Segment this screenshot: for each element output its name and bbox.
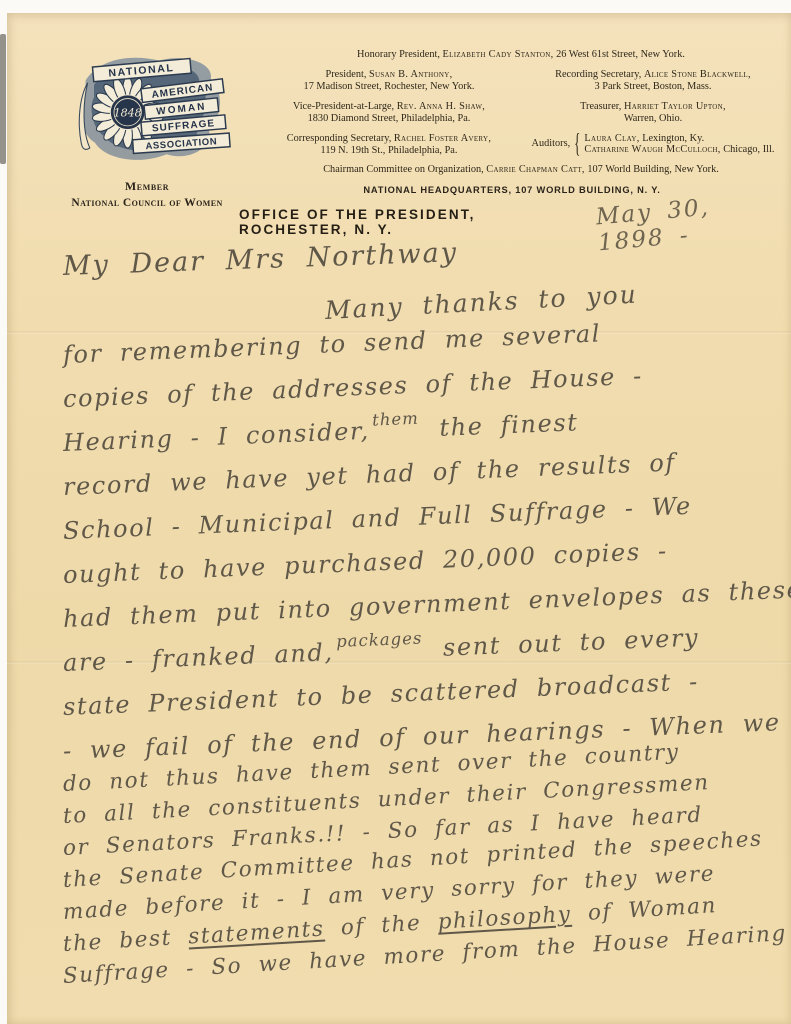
auditors-names: Laura Clay, Lexington, Ky. Catharine Wau…: [584, 133, 774, 156]
officer-name: Susan B. Anthony,: [369, 69, 452, 80]
officer-address: Warren, Ohio.: [624, 113, 682, 124]
officer-name: Harriet Taylor Upton,: [624, 101, 726, 112]
chairman-address: 107 World Building, New York.: [587, 164, 718, 175]
line-text: are - franked and,: [62, 638, 334, 677]
honorary-role: Honorary President,: [357, 49, 440, 60]
honorary-address: 26 West 61st Street, New York.: [556, 49, 685, 60]
officer-address: 1830 Diamond Street, Philadelphia, Pa.: [308, 113, 471, 124]
member-org: National Council of Women: [37, 197, 257, 209]
line-text: the finest: [422, 408, 579, 442]
logo-year: 1848: [114, 106, 142, 119]
chairman-role: Chairman Committee on Organization,: [323, 164, 484, 175]
officer-role: Auditors,: [532, 138, 571, 151]
officer-auditors: Auditors, { Laura Clay, Lexington, Ky. C…: [521, 133, 785, 156]
line-text: sent out to every: [425, 623, 699, 662]
scanned-letter: 1848 NATIONAL AMERICAN: [0, 0, 791, 1024]
inserted-word: packages: [336, 629, 423, 651]
line-text: the best: [62, 925, 189, 957]
officer-address: 119 N. 19th St., Philadelphia, Pa.: [321, 145, 458, 156]
auditor-name: Laura Clay,: [584, 133, 639, 144]
nawsa-logo-svg: 1848 NATIONAL AMERICAN: [75, 47, 235, 169]
auditor-location: Lexington, Ky.: [642, 133, 704, 144]
officer-recording-secretary: Recording Secretary, Alice Stone Blackwe…: [521, 69, 785, 94]
officers-block: Honorary President, Elizabeth Cady Stant…: [257, 49, 785, 176]
officer-vice-president: Vice-President-at-Large, Rev. Anna H. Sh…: [257, 101, 521, 126]
office-of-president-label: OFFICE OF THE PRESIDENT, ROCHESTER, N. Y…: [239, 207, 587, 237]
line-text: Hearing - I consider,: [62, 417, 370, 457]
officer-role: Corresponding Secretary,: [287, 133, 392, 144]
officer-treasurer: Treasurer, Harriet Taylor Upton, Warren,…: [521, 101, 785, 126]
officers-columns: President, Susan B. Anthony, 17 Madison …: [257, 69, 785, 158]
chairman-name: Carrie Chapman Catt,: [486, 164, 585, 175]
officer-name: Rachel Foster Avery,: [394, 133, 491, 144]
handwritten-body: My Dear Mrs Northway Many thanks to you …: [63, 251, 765, 989]
line-text: of the: [324, 910, 439, 942]
honorary-president-line: Honorary President, Elizabeth Cady Stant…: [257, 49, 785, 62]
officer-address: 3 Park Street, Boston, Mass.: [595, 81, 712, 92]
officer-name: Alice Stone Blackwell,: [644, 69, 751, 80]
officer-role: President,: [326, 69, 367, 80]
officer-name: Rev. Anna H. Shaw,: [397, 101, 485, 112]
member-block: Member National Council of Women: [37, 179, 257, 209]
nawsa-logo: 1848 NATIONAL AMERICAN: [75, 47, 235, 174]
national-headquarters-line: NATIONAL HEADQUARTERS, 107 WORLD BUILDIN…: [257, 185, 767, 195]
officer-address: 17 Madison Street, Rochester, New York.: [304, 81, 475, 92]
officer-role: Vice-President-at-Large,: [293, 101, 394, 112]
underlined-word: statements: [187, 916, 325, 949]
officers-right-column: Recording Secretary, Alice Stone Blackwe…: [521, 69, 785, 158]
scan-edge: [0, 34, 6, 164]
auditor-name: Catharine Waugh McCulloch,: [584, 144, 720, 155]
letter-paper: 1848 NATIONAL AMERICAN: [7, 13, 791, 1024]
officer-role: Recording Secretary,: [555, 69, 641, 80]
officer-president: President, Susan B. Anthony, 17 Madison …: [257, 69, 521, 94]
officers-left-column: President, Susan B. Anthony, 17 Madison …: [257, 69, 521, 158]
line-text: of Woman: [571, 893, 718, 927]
underlined-word: philosophy: [437, 902, 572, 935]
honorary-name: Elizabeth Cady Stanton,: [443, 49, 554, 60]
auditors-brace: {: [574, 131, 580, 157]
auditor-location: Chicago, Ill.: [723, 144, 774, 155]
officer-corresponding-secretary: Corresponding Secretary, Rachel Foster A…: [257, 133, 521, 158]
member-label: Member: [37, 179, 257, 194]
inserted-word: them: [372, 409, 419, 430]
officer-role: Treasurer,: [580, 101, 621, 112]
chairman-line: Chairman Committee on Organization, Carr…: [257, 164, 785, 177]
